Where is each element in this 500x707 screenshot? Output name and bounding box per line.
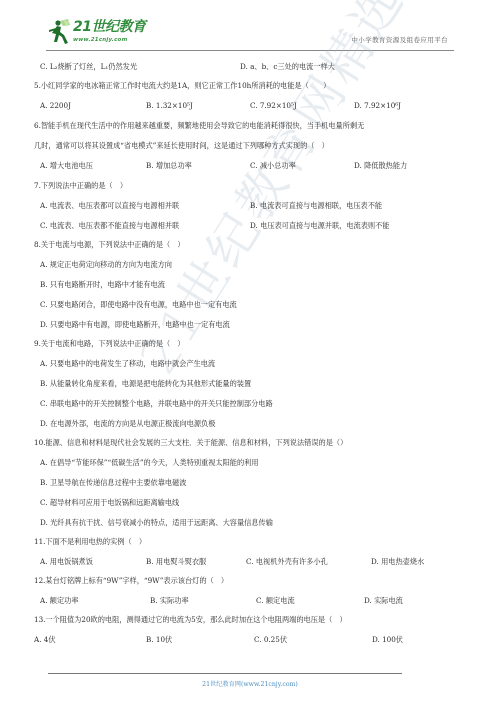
option-c[interactable]: C. 超导材料可应用于电饭锅和远距离输电线 xyxy=(40,498,179,508)
option-b[interactable]: B. 用电熨斗熨衣服 xyxy=(146,557,206,567)
option-a[interactable]: A. 用电饭锅煮饭 xyxy=(40,557,93,567)
option-a[interactable]: A. 2200J xyxy=(40,101,71,111)
question-stem: 12.某台灯铭牌上标有“9W”字样，“9W”表示该台灯的（ ） xyxy=(34,576,228,586)
option-c[interactable]: C. L₂烧断了灯丝，L₁仍然发光 xyxy=(40,62,137,72)
footer-site-link[interactable]: 21世纪教育网(www.21cnjy.com) xyxy=(0,679,500,688)
option-c[interactable]: C. 0.25伏 xyxy=(254,635,287,645)
option-a[interactable]: A. 4伏 xyxy=(34,635,56,645)
option-d[interactable]: D. 只要电路中有电源，即使电路断开，电路中也一定有电流 xyxy=(40,320,230,330)
option-c[interactable]: C. 串联电路中的开关控制整个电路，并联电路中的开关只能控制部分电路 xyxy=(40,399,273,409)
option-a[interactable]: A. 额定功率 xyxy=(40,596,79,606)
option-d[interactable]: D. 在电源外部，电流的方向是从电源正极流向电源负极 xyxy=(40,419,215,429)
option-d[interactable]: D. 光纤具有抗干扰、信号衰减小的特点，适用于远距离、大容量信息传输 xyxy=(40,518,273,528)
option-b[interactable]: B. 电流表可直接与电源相联，电压表不能 xyxy=(250,201,382,211)
option-d[interactable]: D. 实际电流 xyxy=(364,596,403,606)
question-stem: 5.小红同学家的电冰箱正常工作时电流大约是1A，则它正常工作10h所消耗的电能是… xyxy=(34,81,330,91)
question-stem-continued: 几时，通常可以将其设置成“省电模式”来延长使用时间，这是通过下列哪种方式实现的（… xyxy=(34,141,329,151)
option-c[interactable]: C. 7.92×10⁵J xyxy=(250,101,297,111)
option-b[interactable]: B. 10伏 xyxy=(146,635,172,645)
question-stem: 6.智能手机在现代生活中的作用越来越重要，频繁地使用会导致它的电能消耗得很快，当… xyxy=(34,121,364,131)
question-stem: 10.能源、信息和材料是现代社会发展的三大支柱．关于能源、信息和材料，下列说法错… xyxy=(34,438,347,448)
site-logo[interactable]: 21世纪教育 www.21cnjy.com xyxy=(46,16,146,50)
option-b[interactable]: B. 增加总功率 xyxy=(146,161,192,171)
option-c[interactable]: C. 只要电路闭合，即使电路中没有电源，电路中也一定有电流 xyxy=(40,300,237,310)
question-stem: 7.下列说法中正确的是（ ） xyxy=(34,181,127,191)
runner-logo-icon xyxy=(46,18,72,46)
logo-title: 21世纪教育 xyxy=(73,19,145,35)
page-header: 21世纪教育 www.21cnjy.com 中小学教育资源及组卷应用平台 xyxy=(46,16,454,52)
option-b[interactable]: B. 1.32×10⁵J xyxy=(146,101,193,111)
option-d[interactable]: D. 7.92×10⁶J xyxy=(354,101,401,111)
question-stem: 9.关于电流和电路，下列说法中正确的是（ ） xyxy=(34,339,185,349)
option-c[interactable]: C. 减小总功率 xyxy=(250,161,296,171)
option-a[interactable]: A. 增大电池电压 xyxy=(40,161,93,171)
logo-url: www.21cnjy.com xyxy=(73,37,127,43)
header-tagline: 中小学教育资源及组卷应用平台 xyxy=(351,35,448,44)
option-d[interactable]: D. 降低散热能力 xyxy=(354,161,407,171)
question-stem: 13.一个阻值为20欧的电阻，测得通过它的电流为5安，那么此时加在这个电阻两端的… xyxy=(34,615,347,625)
option-d[interactable]: D. 100伏 xyxy=(372,635,403,645)
option-a[interactable]: A. 只要电路中的电荷发生了移动，电路中就会产生电流 xyxy=(40,359,215,369)
option-d[interactable]: D. 电压表可直接与电源并联，电流表则不能 xyxy=(250,221,389,231)
question-stem: 8.关于电流与电源，下列说法中正确的是（ ） xyxy=(34,240,185,250)
option-a[interactable]: A. 在倡导“节能环保”“低碳生活”的今天，人类特别重视太阳能的利用 xyxy=(40,458,259,468)
question-stem: 11.下面不是利用电热的实例（ ） xyxy=(34,537,146,547)
footer-divider xyxy=(48,673,402,674)
option-c[interactable]: C. 额定电流 xyxy=(256,596,295,606)
option-a[interactable]: A. 电流表、电压表都可以直接与电源相并联 xyxy=(40,201,179,211)
option-b[interactable]: B. 只有电路断开时，电路中才能有电流 xyxy=(40,280,165,290)
option-b[interactable]: B. 实际功率 xyxy=(150,596,189,606)
option-a[interactable]: A. 规定正电荷定向移动的方向为电流方向 xyxy=(40,260,172,270)
option-b[interactable]: B. 卫星导航在传递信息过程中主要依靠电磁波 xyxy=(40,478,186,488)
option-d[interactable]: D. a、b、c三处的电流一样大 xyxy=(240,62,335,72)
option-b[interactable]: B. 从能量转化角度来看，电源是把电能转化为其他形式能量的装置 xyxy=(40,379,251,389)
header-divider xyxy=(46,50,454,51)
option-d[interactable]: D. 用电热壶烧水 xyxy=(371,557,424,567)
option-c[interactable]: C. 电视机外壳有许多小孔 xyxy=(246,557,328,567)
option-c[interactable]: C. 电流表、电压表都不能直接与电源相并联 xyxy=(40,221,179,231)
